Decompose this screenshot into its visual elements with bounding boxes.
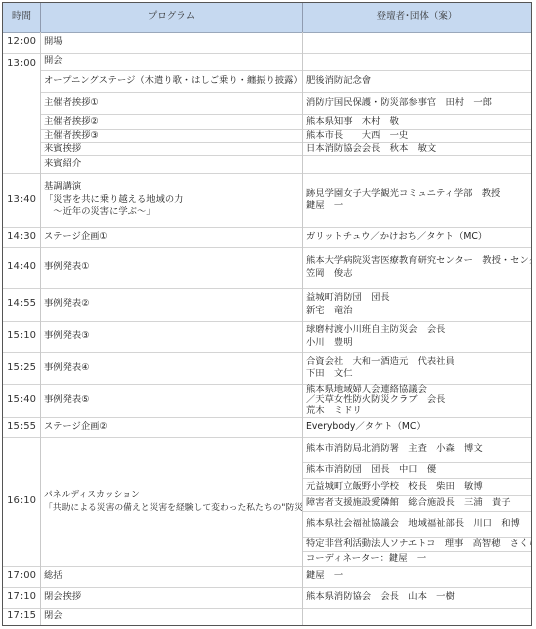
program-line: 「災害を共に乗り越える地域の力 xyxy=(44,194,183,207)
sub-performer: 肥後消防記念會 xyxy=(303,71,531,93)
panelist: 障害者支援施設愛隣館 総合施設長 三浦 貴子 xyxy=(303,496,531,512)
row-program: ステージ企画② xyxy=(40,417,302,437)
panelist: 熊本県社会福祉協議会 地域福祉部長 川口 和博 xyxy=(303,512,531,538)
program-line: 「共助による災害の備えと災害を経験して変わった私たちの"防災"」 xyxy=(44,502,302,515)
sub-performer xyxy=(303,156,531,173)
coordinator: コーディネーター：鍵屋 一 xyxy=(303,552,531,566)
table-row: 17:00 総括 鍵屋 一 xyxy=(3,566,531,588)
row-time: 14:30 xyxy=(3,227,40,247)
row-performer-group: 熊本市消防局北消防署 主査 小森 博文 熊本市消防団 団長 中口 優 元益城町立… xyxy=(302,437,531,566)
panelist: 熊本市消防局北消防署 主査 小森 博文 xyxy=(303,437,531,463)
table-row-group: 13:00 開会 オープニングステージ（木遣り歌・はしご乗り・纏振り披露） 主催… xyxy=(3,53,531,174)
row-performer: 熊本県消防協会 会長 山本 一樹 xyxy=(302,587,531,608)
performer-line: 鍵屋 一 xyxy=(306,200,343,213)
table-row: 17:15 閉会 xyxy=(3,608,531,625)
row-performer: 熊本県地域婦人会連絡協議会 ／天草女性防火防災クラブ 会長 荒木 ミドリ xyxy=(302,384,531,417)
table-row: 12:00 開場 xyxy=(3,32,531,54)
performer-line: 荒木 ミドリ xyxy=(306,406,362,417)
performer-line: 合資会社 大和一酒造元 代表社員 xyxy=(306,356,455,369)
row-time: 14:55 xyxy=(3,288,40,321)
performer-line: 球磨村渡小川班自主防災会 会長 xyxy=(306,324,445,337)
sub-performer: 熊本市長 大西 一史 xyxy=(303,130,531,143)
header-program: プログラム xyxy=(40,3,302,32)
row-time: 12:00 xyxy=(3,32,40,53)
table-row: 14:55 事例発表② 益城町消防団 団長 新宅 竜治 xyxy=(3,288,531,322)
row-program: ステージ企画① xyxy=(40,227,302,247)
row-performer: 鍵屋 一 xyxy=(302,566,531,587)
sub-performer: 日本消防協会会長 秋本 敏文 xyxy=(303,143,531,156)
sub-program: 来賓挨拶 xyxy=(41,143,302,156)
sub-program: オープニングステージ（木遣り歌・はしご乗り・纏振り披露） xyxy=(41,71,302,93)
row-time: 15:40 xyxy=(3,384,40,417)
sub-program: 来賓紹介 xyxy=(41,156,302,173)
program-line: 基調講演 xyxy=(44,181,81,194)
row-performer: 熊本大学病院災害医療教育研究センター 教授・センター長 笠岡 俊志 xyxy=(302,247,531,288)
row-program: 閉会挨拶 xyxy=(40,587,302,608)
sub-program: 主催者挨拶② xyxy=(41,115,302,130)
row-time: 15:25 xyxy=(3,352,40,384)
program-line: ～近年の災害に学ぶ～」 xyxy=(44,206,156,219)
table-row: 14:40 事例発表① 熊本大学病院災害医療教育研究センター 教授・センター長 … xyxy=(3,247,531,289)
row-performer: 合資会社 大和一酒造元 代表社員 下田 文仁 xyxy=(302,352,531,384)
sub-program: 開会 xyxy=(41,53,302,71)
row-program: 閉会 xyxy=(40,608,302,625)
row-time: 17:10 xyxy=(3,587,40,608)
sub-program: 主催者挨拶① xyxy=(41,93,302,115)
sub-performer: 熊本県知事 木村 敬 xyxy=(303,115,531,130)
row-program: 開場 xyxy=(40,32,302,53)
performer-line: 益城町消防団 団長 xyxy=(306,292,390,305)
row-time: 17:15 xyxy=(3,608,40,625)
table-row: 15:25 事例発表④ 合資会社 大和一酒造元 代表社員 下田 文仁 xyxy=(3,352,531,385)
sub-performer: 消防庁国民保護・防災部参事官 田村 一郎 xyxy=(303,93,531,115)
schedule-table: 時間 プログラム 登壇者･団体（案） 12:00 開場 13:00 開会 オープ… xyxy=(2,2,532,626)
table-row: 17:10 閉会挨拶 熊本県消防協会 会長 山本 一樹 xyxy=(3,587,531,609)
row-program: 事例発表② xyxy=(40,288,302,321)
table-row-group: 16:10 パネルディスカッション 「共助による災害の備えと災害を経験して変わっ… xyxy=(3,437,531,567)
row-performer xyxy=(302,608,531,625)
row-program-group: 開会 オープニングステージ（木遣り歌・はしご乗り・纏振り披露） 主催者挨拶① 主… xyxy=(40,53,302,173)
row-performer xyxy=(302,32,531,53)
program-line: パネルディスカッション xyxy=(44,489,140,502)
performer-line: 熊本大学病院災害医療教育研究センター 教授・センター長 xyxy=(306,255,531,268)
row-program: 事例発表⑤ xyxy=(40,384,302,417)
sub-program: 主催者挨拶③ xyxy=(41,130,302,143)
row-program: 事例発表④ xyxy=(40,352,302,384)
row-time: 13:00 xyxy=(3,53,40,173)
performer-line: 笠岡 俊志 xyxy=(306,268,353,281)
table-row: 14:30 ステージ企画① ガリットチュウ／かけおち／タケト（MC） xyxy=(3,227,531,248)
header-performer: 登壇者･団体（案） xyxy=(302,3,531,32)
row-performer: 益城町消防団 団長 新宅 竜治 xyxy=(302,288,531,321)
table-header: 時間 プログラム 登壇者･団体（案） xyxy=(3,3,531,33)
row-time: 13:40 xyxy=(3,173,40,227)
row-performer: ガリットチュウ／かけおち／タケト（MC） xyxy=(302,227,531,247)
row-performer: 球磨村渡小川班自主防災会 会長 小川 豊明 xyxy=(302,321,531,352)
row-time: 14:40 xyxy=(3,247,40,288)
panelist: 元益城町立飯野小学校 校長 柴田 敏博 xyxy=(303,479,531,496)
row-program: 基調講演 「災害を共に乗り越える地域の力 ～近年の災害に学ぶ～」 xyxy=(40,173,302,227)
performer-line: 跡見学園女子大学観光コミュニティ学部 教授 xyxy=(306,188,500,201)
header-time: 時間 xyxy=(3,3,40,32)
row-program: 総括 xyxy=(40,566,302,587)
row-time: 17:00 xyxy=(3,566,40,587)
row-performer-group: 肥後消防記念會 消防庁国民保護・防災部参事官 田村 一郎 熊本県知事 木村 敬 … xyxy=(302,53,531,173)
performer-line: 下田 文仁 xyxy=(306,368,353,381)
panelist: 特定非営利活動法人ソナエトコ 理事 高智穂 さくら xyxy=(303,538,531,552)
row-time: 16:10 xyxy=(3,437,40,566)
performer-line: 小川 豊明 xyxy=(306,337,353,350)
row-time: 15:55 xyxy=(3,417,40,437)
row-program: パネルディスカッション 「共助による災害の備えと災害を経験して変わった私たちの"… xyxy=(40,437,302,566)
row-performer: Everybody／タケト（MC） xyxy=(302,417,531,437)
performer-line: 新宅 竜治 xyxy=(306,305,353,318)
table-row: 15:10 事例発表③ 球磨村渡小川班自主防災会 会長 小川 豊明 xyxy=(3,321,531,353)
table-row: 13:40 基調講演 「災害を共に乗り越える地域の力 ～近年の災害に学ぶ～」 跡… xyxy=(3,173,531,228)
sub-performer xyxy=(303,53,531,71)
row-program: 事例発表③ xyxy=(40,321,302,352)
row-program: 事例発表① xyxy=(40,247,302,288)
row-performer: 跡見学園女子大学観光コミュニティ学部 教授 鍵屋 一 xyxy=(302,173,531,227)
table-row: 15:55 ステージ企画② Everybody／タケト（MC） xyxy=(3,417,531,438)
panelist: 熊本市消防団 団長 中口 優 xyxy=(303,463,531,479)
table-row: 15:40 事例発表⑤ 熊本県地域婦人会連絡協議会 ／天草女性防火防災クラブ 会… xyxy=(3,384,531,418)
row-time: 15:10 xyxy=(3,321,40,352)
